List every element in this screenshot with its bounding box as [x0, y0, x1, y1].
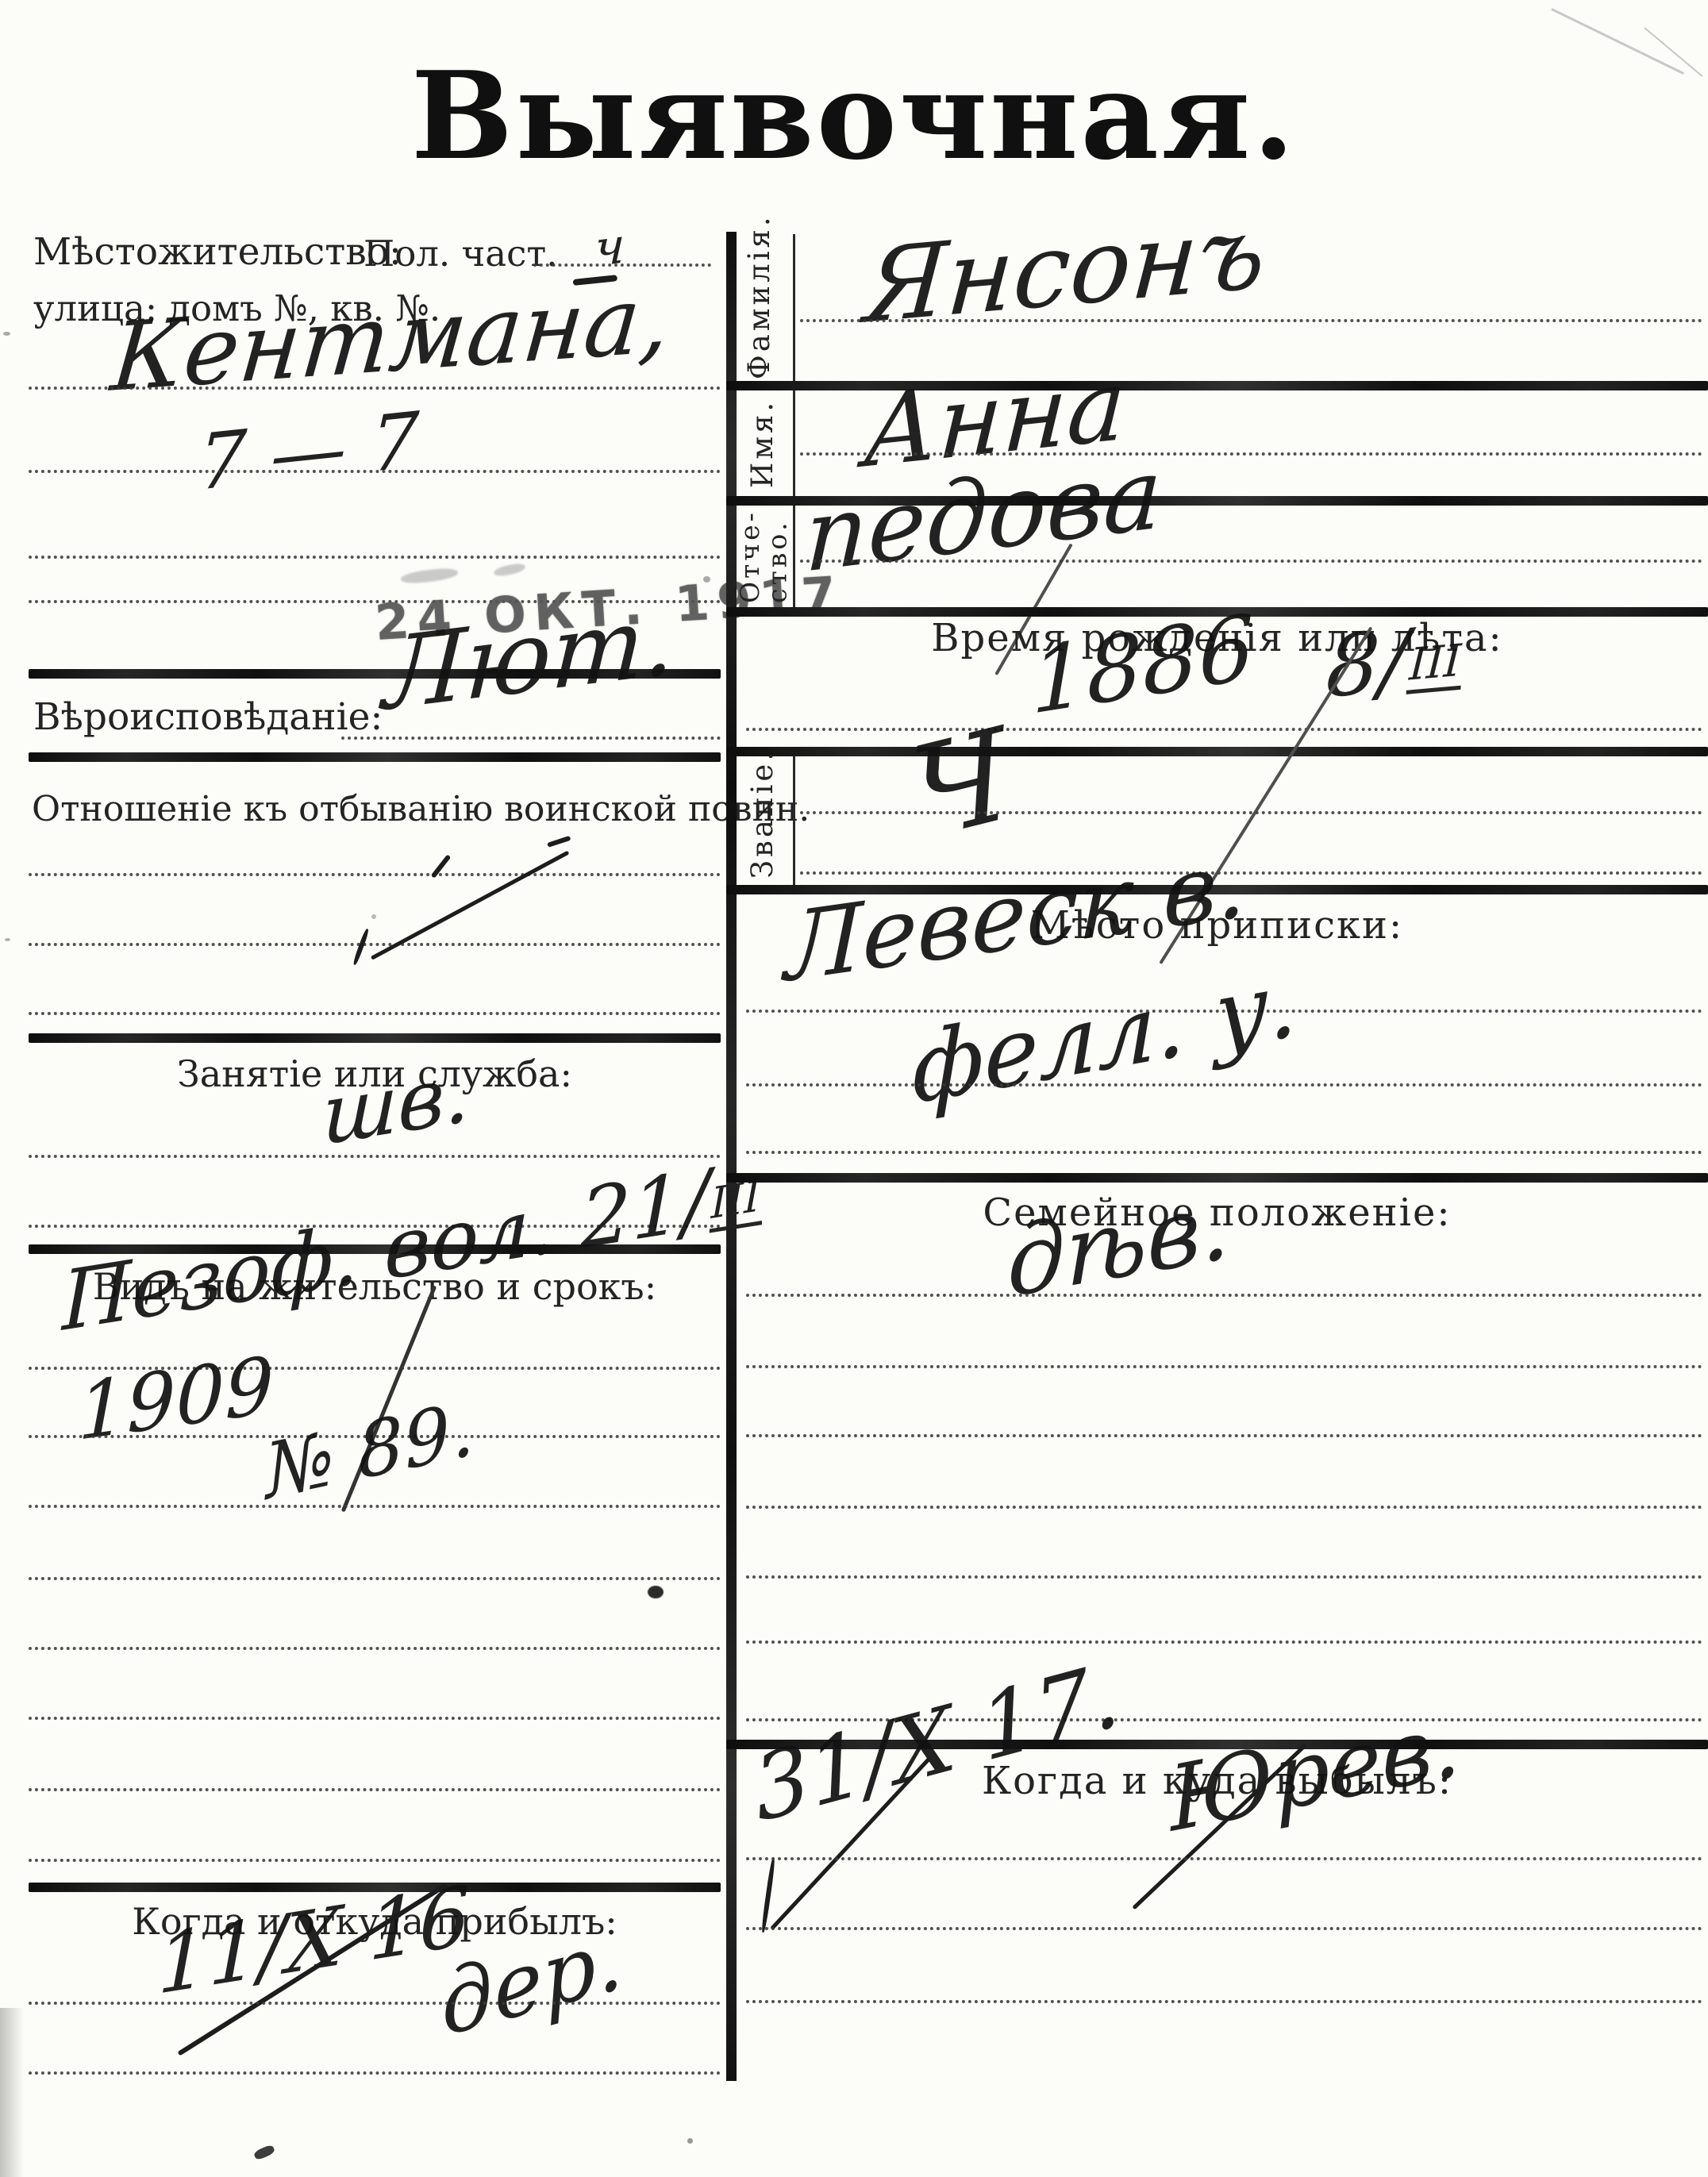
ruled-line [746, 1857, 1702, 1860]
ruled-line [341, 737, 721, 740]
ruled-line [29, 556, 721, 559]
ruled-line [800, 319, 1702, 322]
ruled-line [746, 1927, 1702, 1930]
ruled-line [746, 1083, 1702, 1087]
ruled-line [746, 1294, 1702, 1297]
page-title: Выявочная. [0, 44, 1708, 187]
ink-smudge [400, 567, 458, 586]
rank-value: Ч [904, 700, 1016, 870]
pen-stroke [547, 836, 571, 848]
permit-value-line2: 1909 [78, 1340, 274, 1459]
permit-value-line3: № 89. [262, 1385, 476, 1517]
ruled-line [29, 1505, 721, 1508]
ruled-line [746, 1575, 1702, 1579]
ruled-line [29, 1155, 721, 1158]
ruled-line [746, 1151, 1702, 1154]
ruled-line [746, 1506, 1702, 1509]
departed-place-value: Юрев. [1166, 1692, 1464, 1852]
ink-smudge [493, 562, 526, 578]
scan-shadow [0, 2008, 24, 2177]
section-divider [29, 1033, 721, 1043]
ruled-line [29, 1717, 721, 1720]
ruled-line [800, 560, 1702, 563]
rank-label: Званіе. [748, 758, 779, 879]
ruled-line [29, 1647, 721, 1650]
ruled-line [29, 1577, 721, 1580]
patronymic-label: Отче- ство. [737, 502, 791, 603]
pen-stroke [760, 1857, 775, 1933]
military-label: Отношеніе къ отбыванію воинской повин. [32, 789, 810, 829]
street-value: Кентмана, [107, 263, 675, 413]
ruled-line [800, 452, 1702, 456]
ink-blot [648, 1586, 664, 1598]
ink-speck [3, 332, 10, 336]
pen-stroke [352, 928, 370, 965]
ruled-line [746, 728, 1702, 731]
ink-speck [371, 914, 376, 919]
section-divider [726, 747, 1708, 756]
birth-day-value: 8/III [1324, 606, 1465, 717]
ink-speck [253, 2144, 276, 2161]
permit-value-line1: Пезоф. вол. 21/III [62, 1144, 762, 1350]
police-part-label: Пол. част. [364, 233, 558, 275]
ruled-line [29, 387, 721, 390]
ink-speck [687, 2138, 693, 2144]
ruled-line [29, 470, 721, 473]
name-label: Имя. [748, 394, 779, 488]
ruled-line [29, 1788, 721, 1791]
ruled-line [29, 2002, 721, 2005]
religion-label: Вѣроисповѣданіе: [33, 695, 383, 739]
ruled-line [29, 943, 721, 946]
house-apt-value: 7 — 7 [197, 395, 421, 508]
birth-month-numeral: III [1406, 635, 1464, 695]
section-divider [29, 752, 721, 762]
ruled-line [746, 1434, 1702, 1437]
residence-label: Мѣстожительство: [33, 230, 402, 274]
ruled-line [746, 1640, 1702, 1644]
label-divider [793, 747, 795, 885]
ruled-line [746, 1365, 1702, 1368]
label-divider [793, 234, 795, 607]
ruled-line [29, 1859, 721, 1862]
surname-value: Янсонъ [861, 192, 1270, 347]
surname-label: Фамилія. [744, 243, 775, 379]
ink-speck [5, 938, 10, 941]
permit-text: Пезоф. вол. 21/ [62, 1152, 710, 1350]
birth-day-text: 8/ [1324, 611, 1410, 717]
ruled-line [29, 1012, 721, 1015]
patronymic-value: педова [803, 436, 1164, 595]
ruled-line [746, 2000, 1702, 2003]
ruled-line [29, 2071, 721, 2075]
registration-card: Выявочная. Мѣстожительство: Пол. част. ч… [0, 0, 1708, 2177]
departed-date-value: 31/X 17. [748, 1643, 1125, 1843]
ruled-line [800, 811, 1702, 814]
ruled-line [29, 873, 721, 876]
